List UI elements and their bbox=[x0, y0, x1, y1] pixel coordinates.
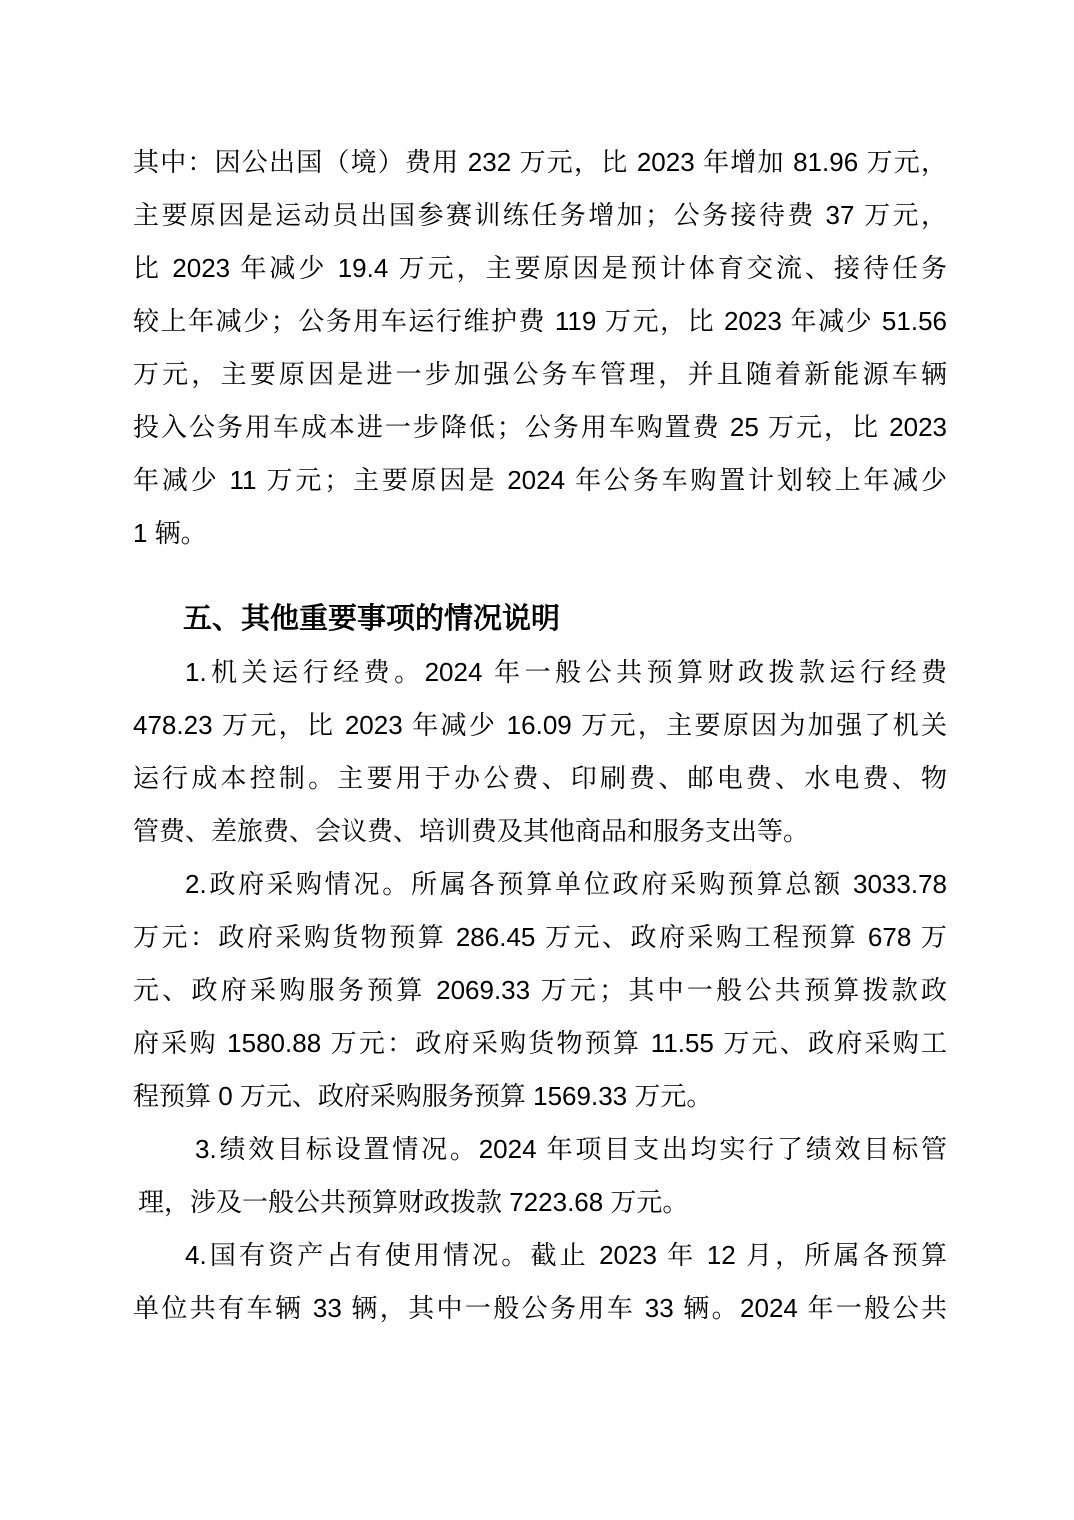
text-line: 主要原因是运动员出国参赛训练任务增加；公务接待费 37 万元， bbox=[133, 189, 947, 242]
text-line: 元、政府采购服务预算 2069.33 万元；其中一般公共预算拨款政 bbox=[133, 964, 947, 1017]
document-page: 其中：因公出国（境）费用 232 万元，比 2023 年增加 81.96 万元，… bbox=[0, 0, 1074, 1520]
text-line: 程预算 0 万元、政府采购服务预算 1569.33 万元。 bbox=[133, 1070, 947, 1123]
text-line: 理，涉及一般公共预算财政拨款 7223.68 万元。 bbox=[138, 1176, 947, 1229]
continuation-paragraph: 其中：因公出国（境）费用 232 万元，比 2023 年增加 81.96 万元，… bbox=[133, 136, 947, 560]
text-line: 万元：政府采购货物预算 286.45 万元、政府采购工程预算 678 万 bbox=[133, 911, 947, 964]
paragraph-state-owned-assets: 4.国有资产占有使用情况。截止 2023 年 12 月，所属各预算 单位共有车辆… bbox=[133, 1229, 947, 1335]
text-line: 比 2023 年减少 19.4 万元，主要原因是预计体育交流、接待任务 bbox=[133, 242, 947, 295]
section-heading: 五、其他重要事项的情况说明 bbox=[133, 593, 947, 646]
text-line: 管费、差旅费、会议费、培训费及其他商品和服务支出等。 bbox=[133, 805, 947, 858]
text-line: 2.政府采购情况。所属各预算单位政府采购预算总额 3033.78 bbox=[133, 858, 947, 911]
text-line: 年减少 11 万元；主要原因是 2024 年公务车购置计划较上年减少 bbox=[133, 454, 947, 507]
text-line: 万元，主要原因是进一步加强公务车管理，并且随着新能源车辆 bbox=[133, 348, 947, 401]
paragraph-government-procurement: 2.政府采购情况。所属各预算单位政府采购预算总额 3033.78 万元：政府采购… bbox=[133, 858, 947, 1123]
text-line: 4.国有资产占有使用情况。截止 2023 年 12 月，所属各预算 bbox=[133, 1229, 947, 1282]
paragraph-performance-targets: 3.绩效目标设置情况。2024 年项目支出均实行了绩效目标管 理，涉及一般公共预… bbox=[133, 1123, 947, 1229]
text-line: 府采购 1580.88 万元：政府采购货物预算 11.55 万元、政府采购工 bbox=[133, 1017, 947, 1070]
text-line: 478.23 万元，比 2023 年减少 16.09 万元，主要原因为加强了机关 bbox=[133, 699, 947, 752]
text-line: 其中：因公出国（境）费用 232 万元，比 2023 年增加 81.96 万元， bbox=[133, 136, 947, 189]
paragraph-agency-operating-costs: 1.机关运行经费。2024 年一般公共预算财政拨款运行经费 478.23 万元，… bbox=[133, 646, 947, 858]
text-line: 运行成本控制。主要用于办公费、印刷费、邮电费、水电费、物 bbox=[133, 752, 947, 805]
text-line: 1 辆。 bbox=[133, 507, 947, 560]
text-line: 投入公务用车成本进一步降低；公务用车购置费 25 万元，比 2023 bbox=[133, 401, 947, 454]
text-line: 3.绩效目标设置情况。2024 年项目支出均实行了绩效目标管 bbox=[133, 1123, 947, 1176]
document-body: 其中：因公出国（境）费用 232 万元，比 2023 年增加 81.96 万元，… bbox=[133, 136, 947, 1335]
text-line: 较上年减少；公务用车运行维护费 119 万元，比 2023 年减少 51.56 bbox=[133, 295, 947, 348]
text-line: 1.机关运行经费。2024 年一般公共预算财政拨款运行经费 bbox=[133, 646, 947, 699]
text-line: 单位共有车辆 33 辆，其中一般公务用车 33 辆。2024 年一般公共 bbox=[133, 1282, 947, 1335]
